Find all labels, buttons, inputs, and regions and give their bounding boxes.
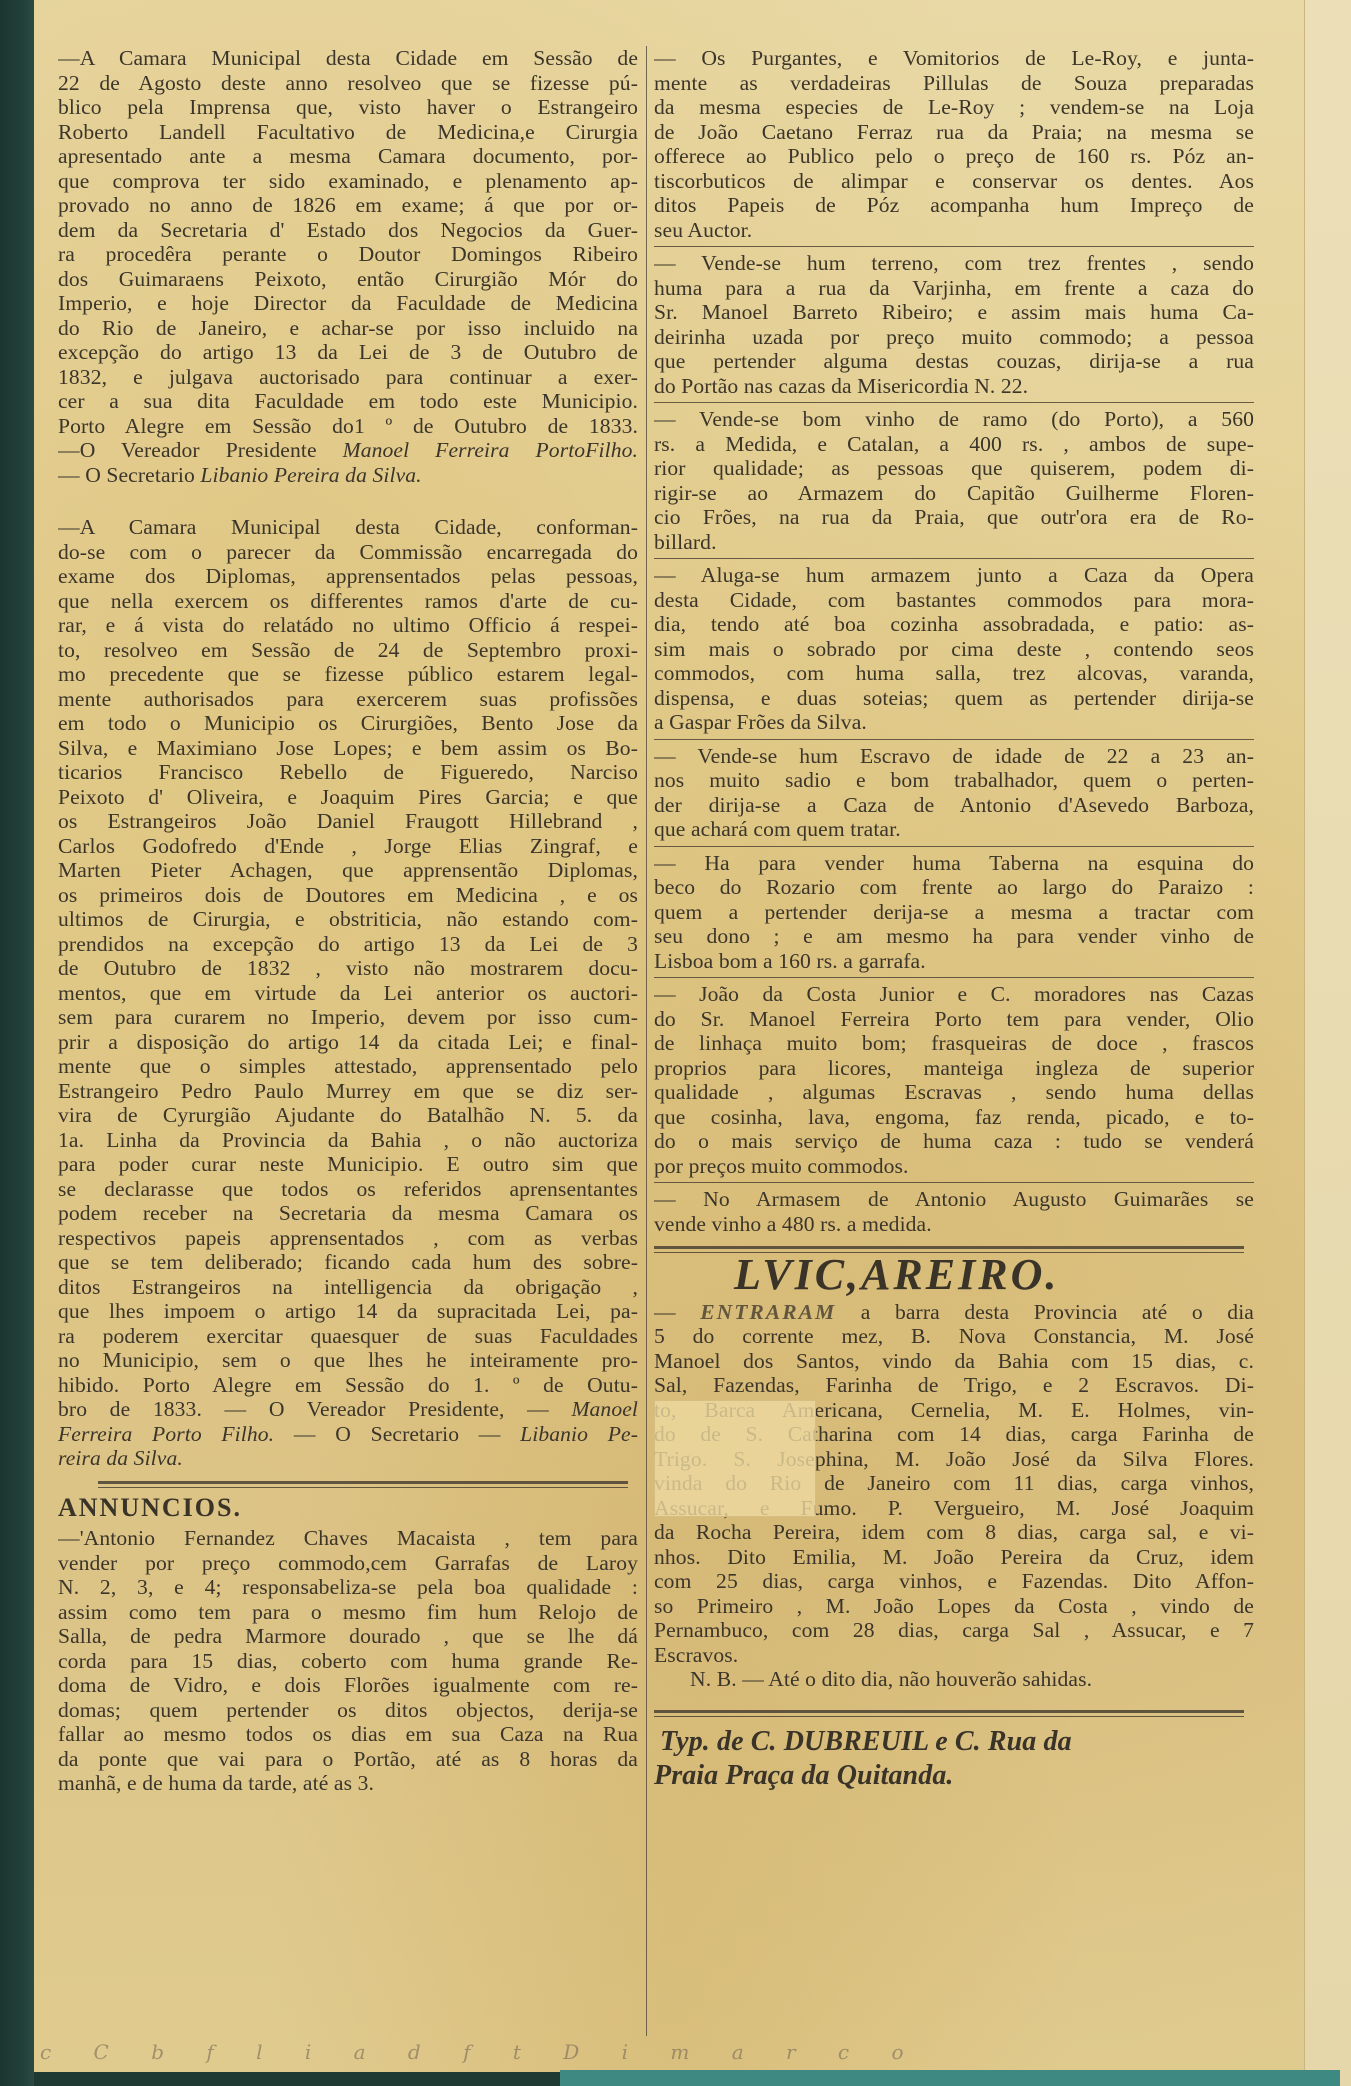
text-line: ultimos de Cirurgia, e obstriticia, não … [58,907,638,932]
text-line: Manoel dos Santos, vindo da Bahia com 15… [654,1349,1254,1374]
text-line: blico pela Imprensa que, visto haver o E… [58,95,638,120]
nota-bene: N. B. — Até o dito dia, não houverão sah… [654,1667,1254,1692]
text-line: Sr. Manoel Barreto Ribeiro; e assim mais… [654,300,1254,325]
text-line: assim como tem para o mesmo fim hum Relo… [58,1600,638,1625]
signature-line: — O Secretario Libanio Pereira da Silva. [58,463,638,488]
ad-separator [654,846,1254,847]
text-line: mente authorisados para exercerem suas p… [58,687,638,712]
text-line: Sal, Fazendas, Farinha de Trigo, e 2 Esc… [654,1373,1254,1398]
text-line: ditos Papeis de Póz acompanha hum Impreç… [654,193,1254,218]
signature-name: Libanio Pe- [520,1422,638,1446]
text-line: 1832, e julgava auctorisado para continu… [58,365,638,390]
ad-separator [654,246,1254,247]
ad-aluga-armazem: — Aluga-se hum armazem junto a Caza da O… [654,563,1254,735]
text-line: que lhes impoem o artigo 14 da supracita… [58,1299,638,1324]
signature-name: Libanio Pereira da Silva. [200,463,421,487]
text-line: dia, tendo até boa cozinha assobradada, … [654,612,1254,637]
ad-separator [654,977,1254,978]
text-line: to, resolveo em Sessão de 24 de Septembr… [58,638,638,663]
text-line: rigir-se ao Armazem do Capitão Guilherme… [654,481,1254,506]
text-line: Salla, de pedra Marmore dourado , que se… [58,1624,638,1649]
text-line: sem para curarem no Imperio, devem por i… [58,1005,638,1030]
ad-vinho-porto: — Vende-se bom vinho de ramo (do Porto),… [654,407,1254,554]
text-line: so Primeiro , M. João Lopes da Costa , v… [654,1594,1254,1619]
text-line: que nella exercem os differentes ramos d… [58,589,638,614]
ad-antonio-fernandez: —'Antonio Fernandez Chaves Macaista , te… [58,1526,638,1796]
text-line: ditos Estrangeiros na intelligencia da o… [58,1275,638,1300]
text-line: do o mais serviço de huma caza : tudo se… [654,1129,1254,1154]
text-line: mente que o simples attestado, apprensen… [58,1054,638,1079]
text-line: de João Caetano Ferraz rua da Praia; na … [654,120,1254,145]
text-line: quem a pertender derija-se a mesma a tra… [654,900,1254,925]
text-line: que achará com quem tratar. [654,817,1254,842]
text-line: que se tem deliberado; ficando cada hum … [58,1250,638,1275]
text-line: do Portão nas cazas da Misericordia N. 2… [654,374,1254,399]
text-line: Marten Pieter Achagen, que apprensentão … [58,858,638,883]
mount-left-edge [0,0,34,2086]
text-line: ra procedêra perante o Doutor Domingos R… [58,242,638,267]
ad-separator [654,739,1254,740]
text-line: mente as verdadeiras Pillulas de Souza p… [654,71,1254,96]
text-line: seu Auctor. [654,218,1254,243]
text-line: exame dos Diplomas, apprensentados pelas… [58,564,638,589]
text-line: manhã, e de huma da tarde, até as 3. [58,1771,638,1796]
signature-title: — O Secretario [58,463,200,487]
signature-name: Manoel [571,1397,638,1421]
text-line: —A Camara Municipal desta Cidade, confor… [58,515,638,540]
text-line: doma de Vidro, e dois Florões igualmente… [58,1673,638,1698]
spacer [58,491,638,515]
text-line: domas; quem pertender os ditos objectos,… [58,1698,638,1723]
text-line: de Outubro de 1832 , visto não mostrarem… [58,956,638,981]
text-line: nos muito sadio e bom trabalhador, quem … [654,768,1254,793]
text-line: com 25 dias, carga vinhos, e Fazendas. D… [654,1569,1254,1594]
text-line: da mesma especies de Le-Roy ; vendem-se … [654,95,1254,120]
text-line: sim mais o sobrado por cima deste , cont… [654,637,1254,662]
text-line: — Vende-se hum Escravo de idade de 22 a … [654,744,1254,769]
text-line: cio Frões, na rua da Praia, que outr'ora… [654,505,1254,530]
signature-name: Manoel Ferreira PortoFilho. [343,438,638,462]
text-line: — Ha para vender huma Taberna na esquina… [654,851,1254,876]
text-line: que cosinha, lava, engoma, faz renda, pi… [654,1105,1254,1130]
column-divider [646,46,647,2036]
text-line: — Aluga-se hum armazem junto a Caza da O… [654,563,1254,588]
text-line: a Gaspar Frões da Silva. [654,710,1254,735]
text-line: Imperio, e hoje Director da Faculdade de… [58,291,638,316]
text-line: — ENTRARAM a barra desta Provincia até o… [654,1300,1254,1325]
ad-armasem-guimaraes: — No Armasem de Antonio Augusto Guimarãe… [654,1187,1254,1236]
backing-paper-right [1304,0,1351,2086]
text-line: Estrangeiro Pedro Paulo Murrey em que se… [58,1079,638,1104]
left-column: —A Camara Municipal desta Cidade em Sess… [58,46,638,1800]
text-line: provado no anno de 1826 em exame; á que … [58,193,638,218]
text-line: — Vende-se bom vinho de ramo (do Porto),… [654,407,1254,432]
text-line: Roberto Landell Facultativo de Medicina,… [58,120,638,145]
text-line: Carlos Godofredo d'Ende , Jorge Elias Zi… [58,834,638,859]
text-line: N. 2, 3, e 4; responsabeliza-se pela boa… [58,1575,638,1600]
text-line: corda para 15 dias, coberto com huma gra… [58,1649,638,1674]
signature-name: Ferreira Porto Filho. [58,1422,274,1446]
text-line: que pertender alguma destas couzas, diri… [654,349,1254,374]
section-title-maritime: LVIC,AREIRO. [734,1263,1254,1288]
imprint-rule [654,1710,1244,1717]
text-line: ticarios Francisco Rebello de Figueredo,… [58,760,638,785]
text-line: do-se com o parecer da Commissão encarre… [58,540,638,565]
text-line: de linhaça muito bom; frasqueiras de doc… [654,1031,1254,1056]
text-line: Peixoto d' Oliveira, e Joaquim Pires Gar… [58,785,638,810]
text-line: respectivos papeis apprensentados , com … [58,1226,638,1251]
text-fragment: a barra desta Provincia até o dia [836,1300,1254,1324]
text-line: nhos. Dito Emilia, M. João Pereira da Cr… [654,1545,1254,1570]
text-line: em todo o Municipio os Cirurgiões, Bento… [58,711,638,736]
text-line: 1a. Linha da Provincia da Bahia , o não … [58,1128,638,1153]
text-line: proprios para licores, manteiga ingleza … [654,1056,1254,1081]
text-line: beco do Rozario com frente ao largo do P… [654,875,1254,900]
text-line: dispensa, e duas soteias; quem as perten… [654,686,1254,711]
signature-line: Ferreira Porto Filho. — O Secretario — L… [58,1422,638,1447]
notice-camara-diplomas: —A Camara Municipal desta Cidade, confor… [58,515,638,1471]
text-line: seu dono ; e am mesmo ha para vender vin… [654,924,1254,949]
text-line: huma para a rua da Varjinha, em frente a… [654,276,1254,301]
ad-separator [654,1182,1254,1183]
section-rule [654,1246,1244,1253]
text-line: 22 de Agosto deste anno resolveo que se … [58,71,638,96]
text-line: mo precedente que se fizesse público est… [58,662,638,687]
lead-word: ENTRARAM [700,1300,836,1324]
text-line: qualidade , algumas Escravas , sendo hum… [654,1080,1254,1105]
section-title-annuncios: ANNUNCIOS. [58,1496,638,1521]
text-line: tiscorbuticos de alimpar e conservar os … [654,169,1254,194]
text-line: mentos, que em virtude da Lei anterior o… [58,981,638,1006]
text-line: se declarasse que todos os referidos apr… [58,1177,638,1202]
text-line: offerece ao Publico pelo o preço de 160 … [654,144,1254,169]
text-line: prendidos na excepção do artigo 13 da Le… [58,932,638,957]
text-line: os primeiros dois de Doutores em Medicin… [58,883,638,908]
signature-title: —O Vereador Presidente [58,438,343,462]
text-line: dos Guimaraens Peixoto, então Cirurgião … [58,267,638,292]
repair-tape-patch [654,1400,816,1517]
ad-joao-da-costa: — João da Costa Junior e C. moradores na… [654,982,1254,1178]
text-line: vende vinho a 480 rs. a medida. [654,1212,1254,1237]
text-line: — Vende-se hum terreno, com trez frentes… [654,251,1254,276]
text-line: dem da Secretaria d' Estado dos Negocios… [58,218,638,243]
closing-text: bro de 1833. — O Vereador Presidente, — [58,1397,571,1421]
text-line: no Municipio, sem o que lhes he inteiram… [58,1348,638,1373]
text-line: deirinha uzada por preço muito commodo; … [654,325,1254,350]
text-line: excepção do artigo 13 da Lei de 3 de Out… [58,340,638,365]
text-line: rs. a Medida, e Catalan, a 400 rs. , amb… [654,432,1254,457]
text-line: os Estrangeiros João Daniel Fraugott Hil… [58,809,638,834]
text-line: billard. [654,530,1254,555]
text-line: —'Antonio Fernandez Chaves Macaista , te… [58,1526,638,1551]
text-line: podem receber na Secretaria da mesma Cam… [58,1201,638,1226]
signature-name: reira da Silva. [58,1446,638,1471]
text-line: Porto Alegre em Sessão do1 º de Outubro … [58,414,638,439]
text-line: commodos, com huma salla, trez alcovas, … [654,661,1254,686]
text-line: cer a sua dita Faculdade em todo este Mu… [58,389,638,414]
mount-bottom-edge [560,2070,1340,2086]
ad-separator [654,402,1254,403]
text-line: —A Camara Municipal desta Cidade em Sess… [58,46,638,71]
text-line: rior qualidade; as pessoas que quiserem,… [654,456,1254,481]
text-line: vira de Cyrurgião Ajudante do Batalhão N… [58,1103,638,1128]
text-line: — João da Costa Junior e C. moradores na… [654,982,1254,1007]
text-line: hibido. Porto Alegre em Sessão do 1. º d… [58,1373,638,1398]
text-line: desta Cidade, com bastantes commodos par… [654,588,1254,613]
text-line: Pernambuco, com 28 dias, carga Sal , Ass… [654,1618,1254,1643]
section-rule [98,1481,628,1488]
signature-line: bro de 1833. — O Vereador Presidente, — … [58,1397,638,1422]
text-line: da ponte que vai para o Portão, até as 8… [58,1747,638,1772]
text-line: apresentado ante a mesma Camara document… [58,144,638,169]
imprint-line-2: Praia Praça da Quitanda. [654,1760,954,1791]
text-line: der dirija-se a Caza de Antonio d'Aseved… [654,793,1254,818]
closing-text: — O Secretario — [274,1422,520,1446]
right-column: — Os Purgantes, e Vomitorios de Le-Roy, … [654,46,1254,1793]
text-line: 5 do corrente mez, B. Nova Constancia, M… [654,1324,1254,1349]
text-line: fallar ao mesmo todos os dias em sua Caz… [58,1722,638,1747]
ad-purgantes-le-roy: — Os Purgantes, e Vomitorios de Le-Roy, … [654,46,1254,242]
text-line: rar, e á vista do relatádo no ultimo Off… [58,613,638,638]
imprint-line-1: Typ. de C. DUBREUIL e C. Rua da [654,1725,1254,1759]
notice-camara-landell: —A Camara Municipal desta Cidade em Sess… [58,46,638,487]
text-line: do Sr. Manoel Ferreira Porto tem para ve… [654,1007,1254,1032]
text-line: por preços muito commodos. [654,1154,1254,1179]
text-line: prir a disposição do artigo 14 da citada… [58,1030,638,1055]
handwritten-annotation: c C b f l i a d f t D i m a r c o [40,2040,1300,2068]
signature-line: —O Vereador Presidente Manoel Ferreira P… [58,438,638,463]
text-line: Escravos. [654,1643,1254,1668]
text-line: vender por preço commodo,cem Garrafas de… [58,1551,638,1576]
text-line: do Rio de Janeiro, e achar-se por isso i… [58,316,638,341]
text-line: ra poderem exercitar quaesquer de suas F… [58,1324,638,1349]
ad-separator [654,558,1254,559]
text-line: Silva, e Maximiano Jose Lopes; e bem ass… [58,736,638,761]
text-line: que comprova ter sido examinado, e plena… [58,169,638,194]
ad-taberna-rozario: — Ha para vender huma Taberna na esquina… [654,851,1254,974]
text-line: da Rocha Pereira, idem com 8 dias, carga… [654,1520,1254,1545]
printer-imprint: Typ. de C. DUBREUIL e C. Rua da Praia Pr… [654,1725,1254,1793]
text-line: — No Armasem de Antonio Augusto Guimarãe… [654,1187,1254,1212]
text-line: Lisboa bom a 160 rs. a garrafa. [654,949,1254,974]
text-line: — Os Purgantes, e Vomitorios de Le-Roy, … [654,46,1254,71]
ad-terreno-varjinha: — Vende-se hum terreno, com trez frentes… [654,251,1254,398]
text-line: para poder curar neste Municipio. E outr… [58,1152,638,1177]
ad-escravo: — Vende-se hum Escravo de idade de 22 a … [654,744,1254,842]
